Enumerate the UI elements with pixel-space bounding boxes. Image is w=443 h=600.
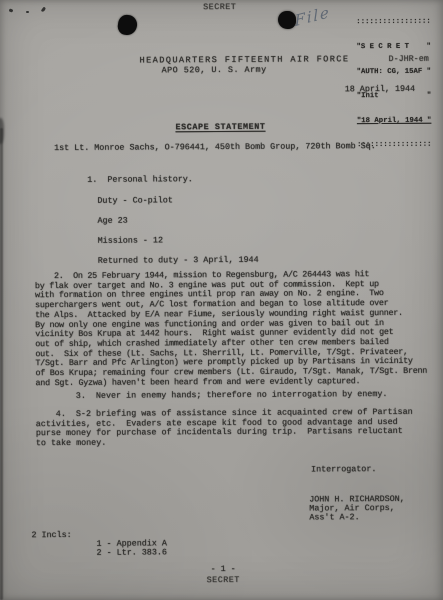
stamp-authority: "AUTH: CG, 15AF " — [357, 67, 432, 76]
age-line: Age 23 — [97, 217, 127, 227]
enclosures-heading: 2 Incls: — [31, 531, 71, 541]
apo-line: APO 520, U. S. Army — [162, 66, 267, 76]
stamp-border-top: ::::::::::::::::: — [356, 18, 431, 27]
paragraph-2: 2. On 25 February 1944, mission to Regen… — [35, 270, 427, 389]
paragraph-4: 4. S-2 briefing was of assistance since … — [36, 408, 413, 449]
document-content: SECRET File ::::::::::::::::: "S E C R E… — [0, 0, 443, 600]
duty-line: Duty - Co-pilot — [97, 196, 172, 206]
section-1-heading: 1. Personal history. — [87, 175, 193, 185]
stamp-classification: "S E C R E T " — [356, 43, 431, 52]
classification-footer: SECRET — [2, 575, 443, 587]
enclosure-item-2: 2 - Ltr. 383.6 — [97, 548, 167, 558]
scanned-document-page: SECRET File ::::::::::::::::: "S E C R E… — [0, 0, 443, 600]
office-symbol: D-JHR-em — [389, 55, 429, 65]
paragraph-3: 3. Never in enemy hands; therefore no in… — [36, 390, 388, 402]
subject-line: 1st Lt. Monroe Sachs, O-796441, 450th Bo… — [54, 142, 376, 154]
missions-line: Missions - 12 — [98, 236, 163, 246]
document-date: 18 April, 1944 — [345, 85, 415, 95]
interrogator-label: Interrogator. — [311, 465, 376, 475]
returned-to-duty-line: Returned to duty - 3 April, 1944 — [98, 256, 259, 267]
signature-position: Ass't A-2. — [309, 513, 359, 523]
